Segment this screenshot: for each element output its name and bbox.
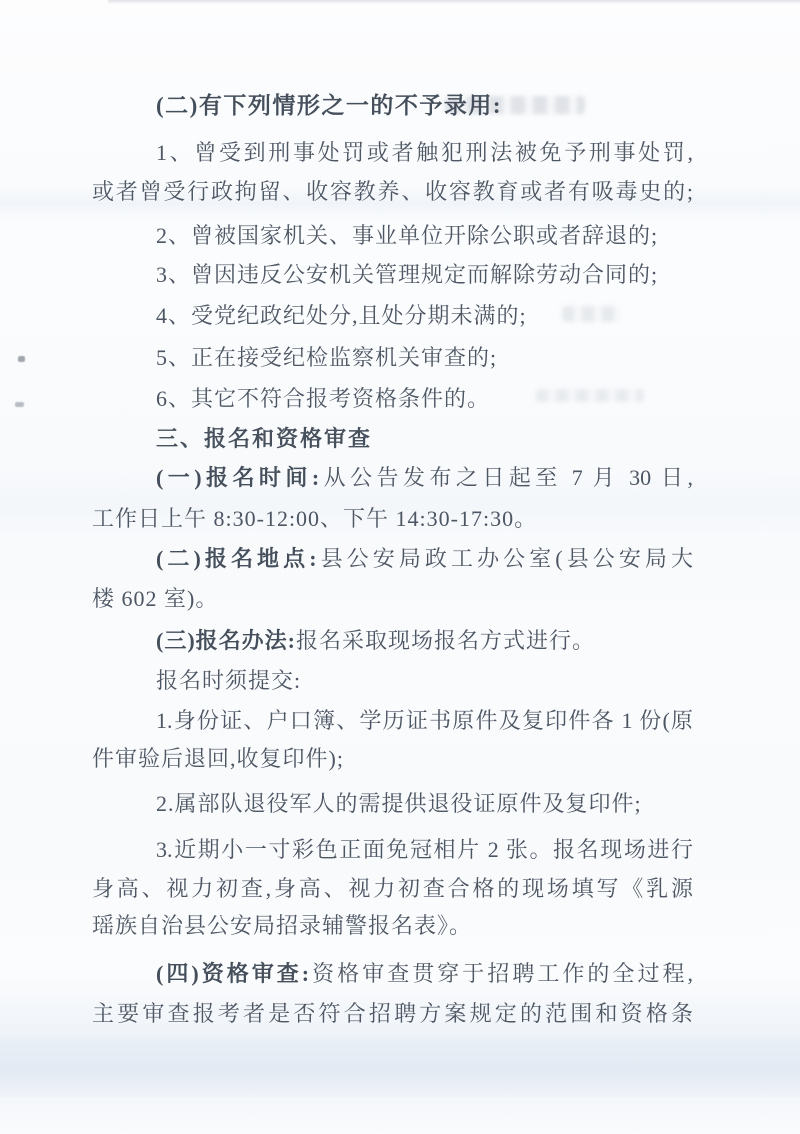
paragraph-text-method: 报名采取现场报名方式进行。 <box>296 628 595 653</box>
scanned-document-page: (二)有下列情形之一的不予录用: 1、曾受到刑事处罚或者触犯刑法被免予刑事处罚,… <box>0 0 800 1134</box>
paragraph-text-review: 资格审查贯穿于招聘工作的全过程, <box>309 961 693 986</box>
text-line-item4: 4、受党纪政纪处分,且处分期未满的; <box>92 301 693 331</box>
text-line-doc3-c: 瑶族自治县公安局招录辅警报名表》。 <box>92 911 693 941</box>
scan-speck <box>18 356 25 362</box>
paragraph-label-review: (四)资格审查: <box>156 961 309 986</box>
text-line-review: (四)资格审查:资格审查贯穿于招聘工作的全过程, <box>92 959 693 989</box>
text-line-item1-b: 或者曾受行政拘留、收容教养、收容教育或者有吸毒史的; <box>92 177 693 207</box>
text-line-doc2: 2.属部队退役军人的需提供退役证原件及复印件; <box>92 789 693 819</box>
text-line-place: (二)报名地点:县公安局政工办公室(县公安局大 <box>92 544 693 574</box>
paragraph-label-place: (二)报名地点: <box>156 546 317 571</box>
text-line-item3: 3、曾因违反公安机关管理规定而解除劳动合同的; <box>92 260 693 290</box>
text-line-time: (一)报名时间:从公告发布之日起至 7 月 30 日, <box>92 463 693 493</box>
text-line-item2: 2、曾被国家机关、事业单位开除公职或者辞退的; <box>92 221 693 251</box>
section-heading-3: 三、报名和资格审查 <box>92 424 693 454</box>
text-line-doc3-a: 3.近期小一寸彩色正面免冠相片 2 张。报名现场进行 <box>92 835 693 865</box>
text-line-doc1-a: 1.身份证、户口簿、学历证书原件及复印件各 1 份(原 <box>92 706 693 736</box>
text-line-time-b: 工作日上午 8:30-12:00、下午 14:30-17:30。 <box>92 504 693 534</box>
text-line-review-b: 主要审查报考者是否符合招聘方案规定的范围和资格条 <box>92 999 693 1029</box>
section-heading-b: (二)有下列情形之一的不予录用: <box>92 91 693 121</box>
text-line-doc3-b: 身高、视力初查,身高、视力初查合格的现场填写《乳源 <box>92 874 693 904</box>
text-line-submit-intro: 报名时须提交: <box>92 666 693 696</box>
text-line-item5: 5、正在接受纪检监察机关审查的; <box>92 343 693 373</box>
text-line-doc1-b: 件审验后退回,收复印件); <box>92 744 693 774</box>
text-line-place-b: 楼 602 室)。 <box>92 584 693 614</box>
text-line-method: (三)报名办法:报名采取现场报名方式进行。 <box>92 626 693 656</box>
paragraph-text-time: 从公告发布之日起至 7 月 30 日, <box>319 465 693 490</box>
scan-speck <box>15 402 24 407</box>
scan-top-edge-artifact <box>108 0 800 4</box>
text-line-item1-a: 1、曾受到刑事处罚或者触犯刑法被免予刑事处罚, <box>92 138 693 168</box>
text-line-item6: 6、其它不符合报考资格条件的。 <box>92 384 693 414</box>
paragraph-label-time: (一)报名时间: <box>156 465 319 490</box>
paragraph-text-place: 县公安局政工办公室(县公安局大 <box>317 546 693 571</box>
paragraph-label-method: (三)报名办法: <box>156 628 296 653</box>
scan-shading-band <box>0 1035 800 1097</box>
